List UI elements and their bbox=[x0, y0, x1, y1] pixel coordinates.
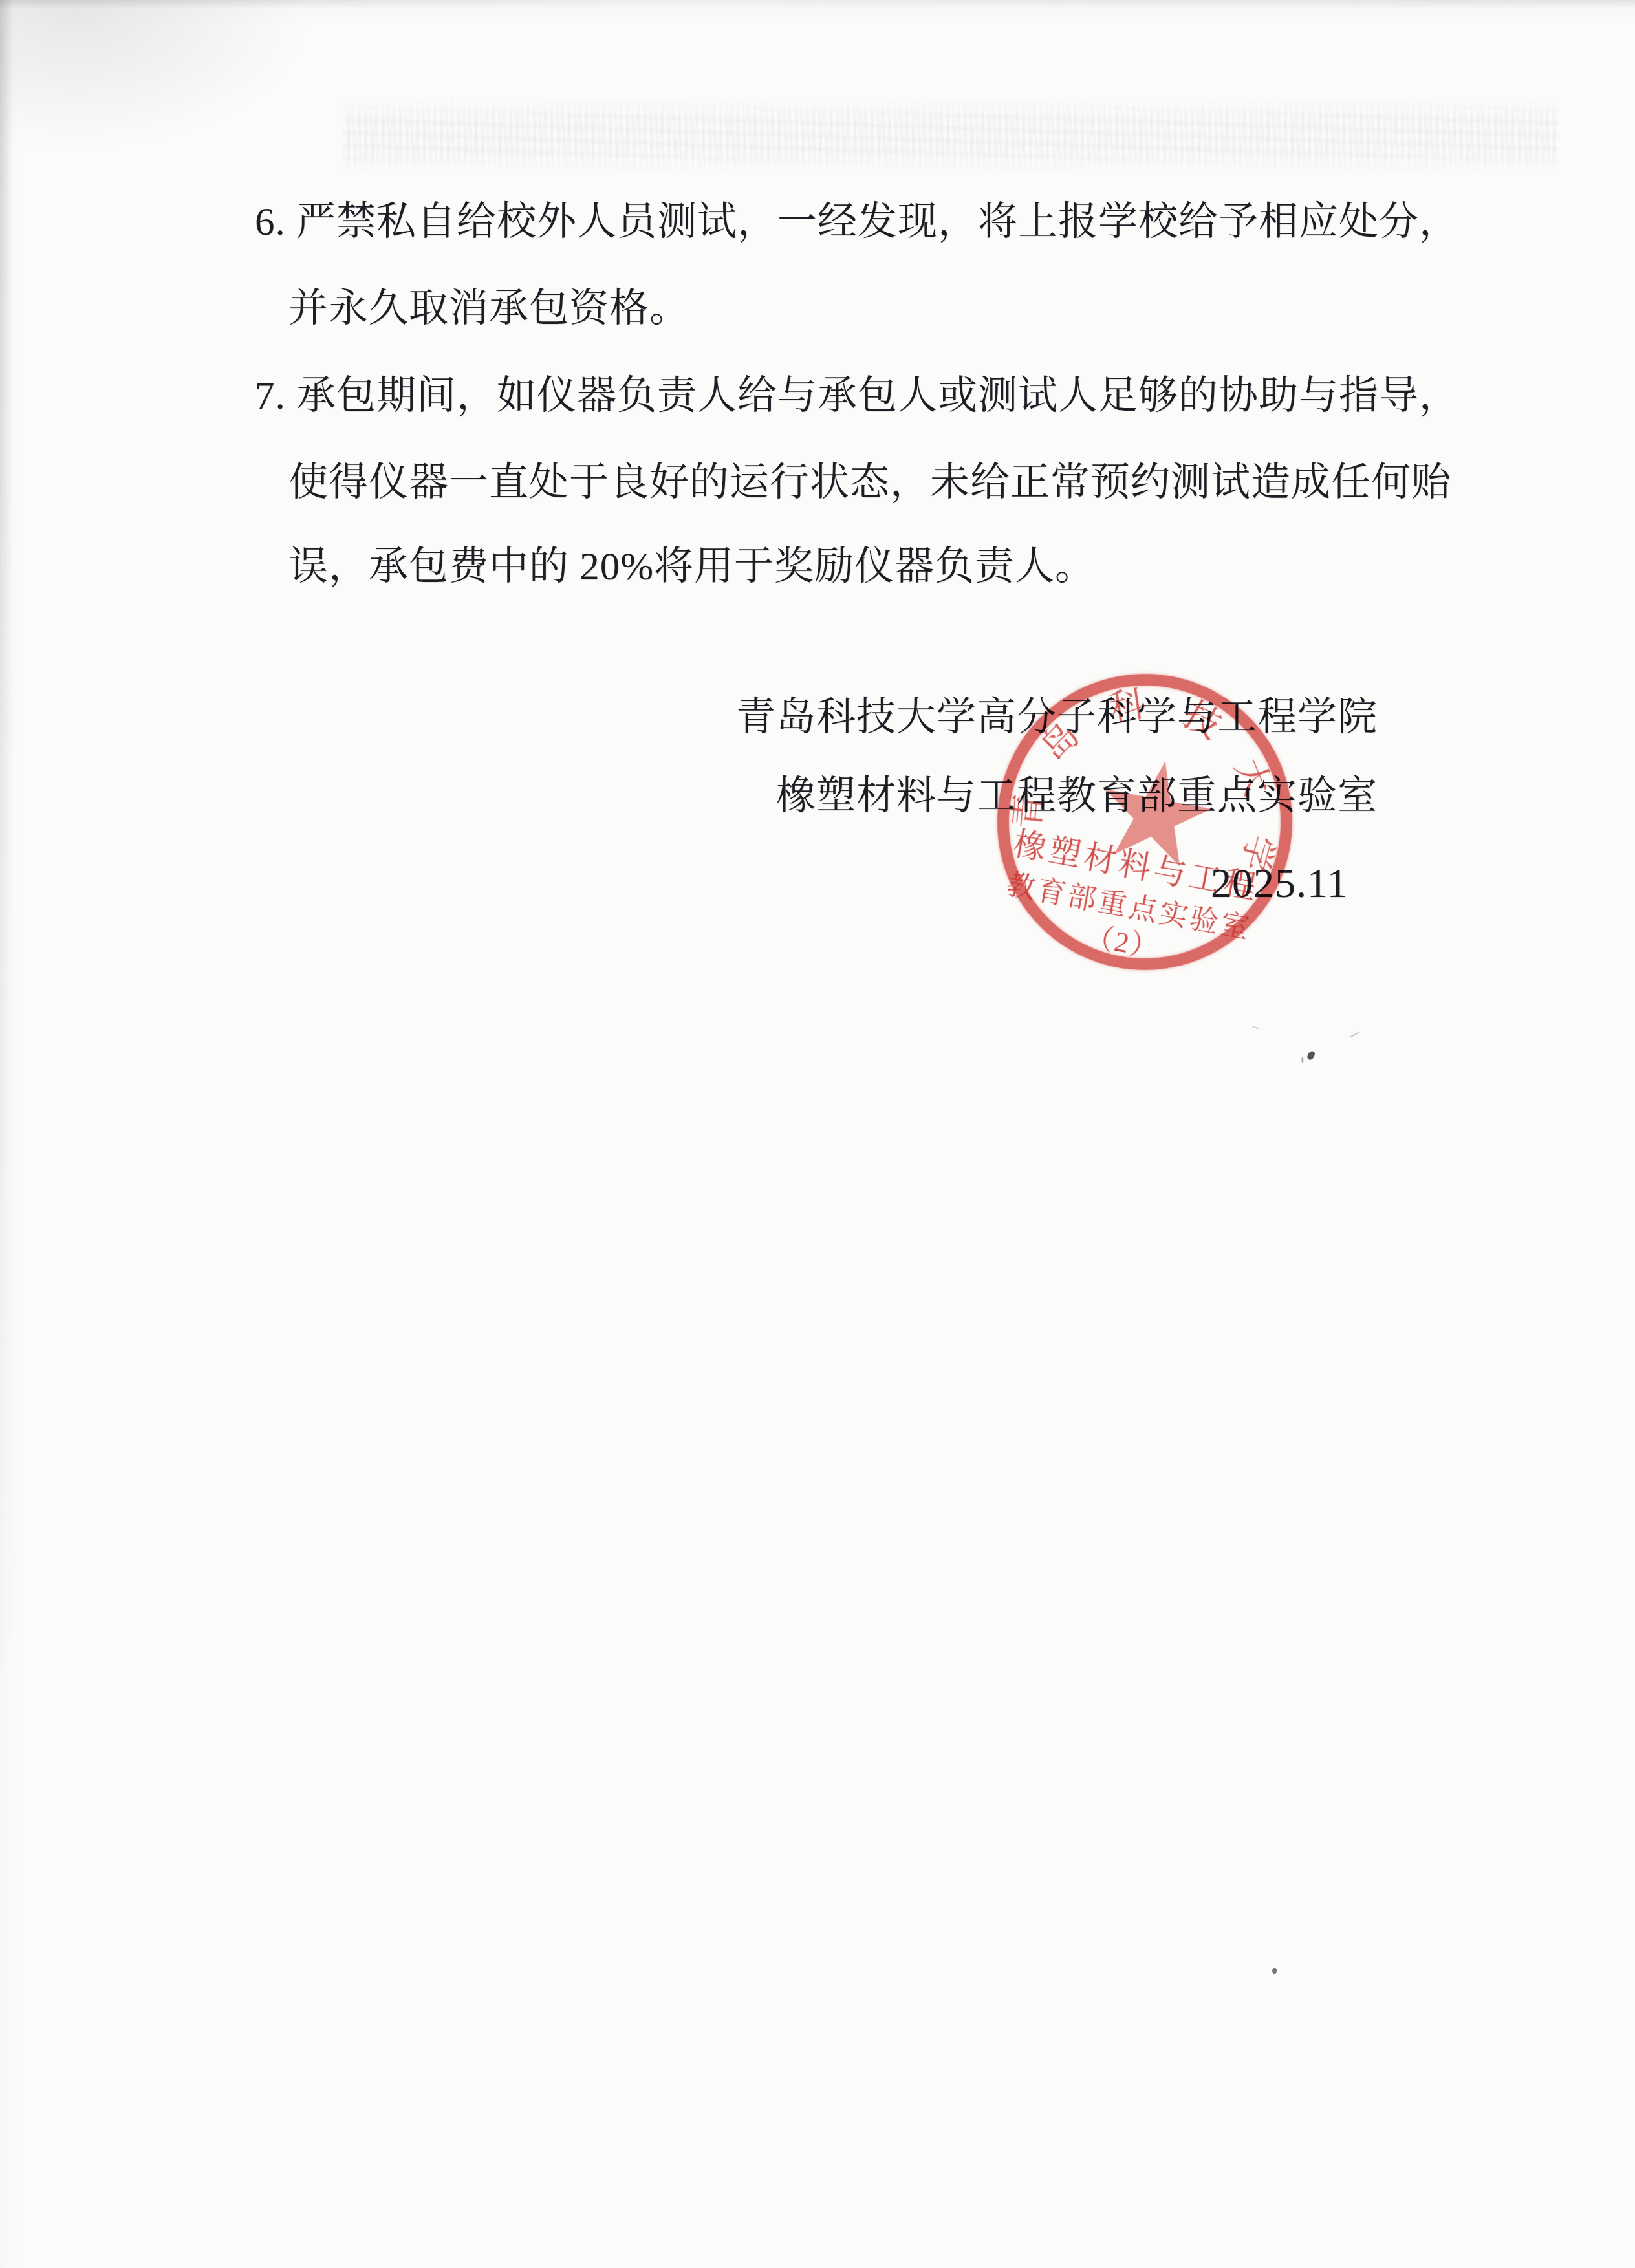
scanned-document-page: 6. 严禁私自给校外人员测试，一经发现，将上报学校给予相应处分， 并永久取消承包… bbox=[0, 0, 1635, 2268]
scan-edge-shadow-left bbox=[0, 0, 13, 1681]
bleed-through-artifact bbox=[343, 97, 1559, 173]
scan-scratch bbox=[1350, 1031, 1360, 1038]
clause-7-line-3: 误，承包费中的 20%将用于奖励仪器负责人。 bbox=[288, 544, 1095, 590]
ink-speck bbox=[1272, 1967, 1277, 1974]
scan-scratch bbox=[1252, 1026, 1259, 1029]
ink-speck bbox=[1306, 1050, 1316, 1061]
clause-6-line-1: 6. 严禁私自给校外人员测试，一经发现，将上报学校给予相应处分， bbox=[255, 199, 1459, 246]
clause-7-line-1: 7. 承包期间，如仪器负责人给与承包人或测试人足够的协助与指导， bbox=[255, 373, 1459, 420]
clause-7-line-2: 使得仪器一直处于良好的运行状态，未给正常预约测试造成任何贻 bbox=[288, 460, 1451, 506]
scan-corner-smudge bbox=[0, 0, 310, 149]
official-seal-stamp: 青岛科技大学 橡塑材料与工程 教育部重点实验室 （2） bbox=[971, 648, 1318, 996]
clause-6-line-2: 并永久取消承包资格。 bbox=[288, 286, 689, 332]
